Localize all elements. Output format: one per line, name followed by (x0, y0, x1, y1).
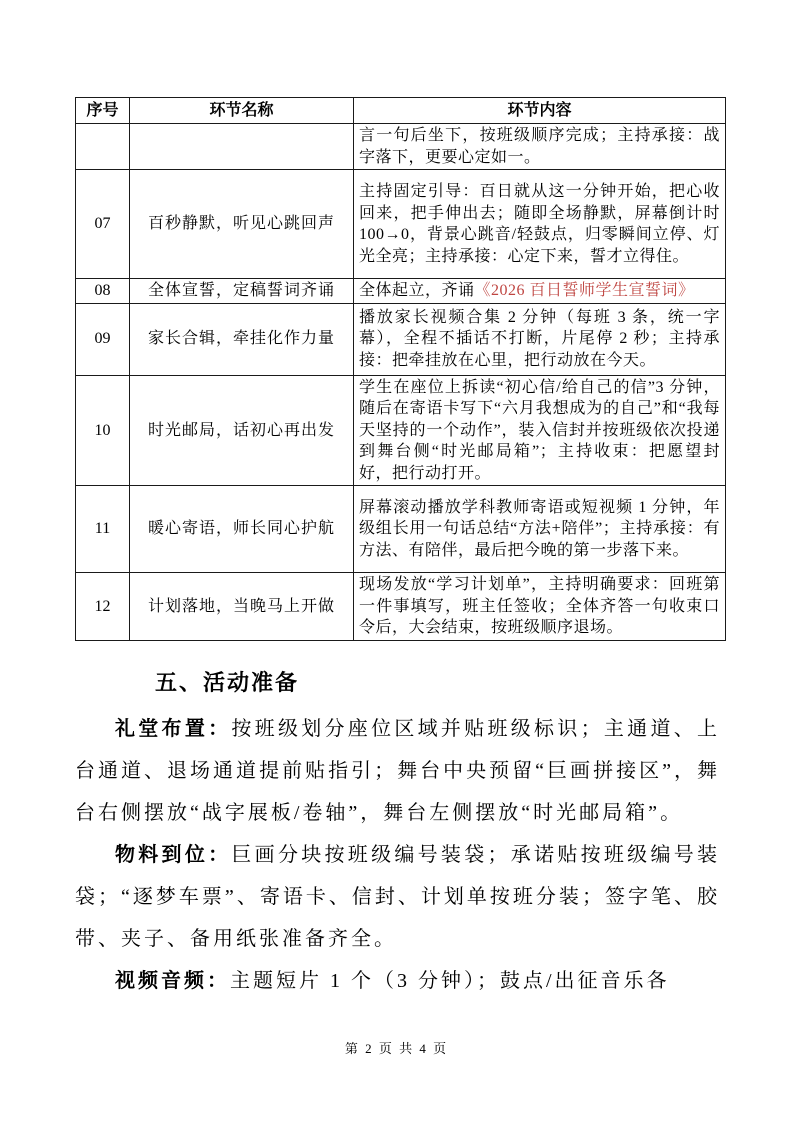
cell-number: 07 (76, 170, 130, 279)
cell-name: 百秒静默，听见心跳回声 (130, 170, 354, 279)
cell-content: 屏幕滚动播放学科教师寄语或短视频 1 分钟，年级组长用一句话总结“方法+陪伴”；… (354, 486, 726, 573)
paragraph-materials-ready: 物料到位：巨画分块按班级编号装袋；承诺贴按班级编号装袋；“逐梦车票”、寄语卡、信… (75, 834, 720, 960)
table-row-08: 08 全体宣誓，定稿誓词齐诵 全体起立，齐诵《2026 百日誓师学生宣誓词》 (76, 279, 726, 304)
cell-content: 播放家长视频合集 2 分钟（每班 3 条，统一字幕），全程不插话不打断，片尾停 … (354, 303, 726, 375)
cell-content: 言一句后坐下，按班级顺序完成；主持承接：战字落下，更要心定如一。 (354, 124, 726, 170)
paragraph-video-audio: 视频音频：主题短片 1 个（3 分钟）；鼓点/出征音乐各 (75, 960, 720, 1002)
cell-number: 11 (76, 486, 130, 573)
page-footer: 第 2 页 共 4 页 (0, 1038, 793, 1057)
cell-content: 现场发放“学习计划单”，主持明确要求：回班第一件事填写，班主任签收；全体齐答一句… (354, 573, 726, 641)
table-row-10: 10 时光邮局，话初心再出发 学生在座位上拆读“初心信/给自己的信”3 分钟，随… (76, 375, 726, 486)
paragraph-lead-label: 物料到位： (115, 844, 231, 866)
section-heading-activity-preparation: 五、活动准备 (75, 668, 725, 698)
table-row-07: 07 百秒静默，听见心跳回声 主持固定引导：百日就从这一分钟开始，把心收回来，把… (76, 170, 726, 279)
header-cell-number: 序号 (76, 98, 130, 124)
table-row-11: 11 暖心寄语，师长同心护航 屏幕滚动播放学科教师寄语或短视频 1 分钟，年级组… (76, 486, 726, 573)
cell-number: 12 (76, 573, 130, 641)
cell-name: 时光邮局，话初心再出发 (130, 375, 354, 486)
cell-name: 全体宣誓，定稿誓词齐诵 (130, 279, 354, 304)
event-schedule-table: 序号 环节名称 环节内容 言一句后坐下，按班级顺序完成；主持承接：战字落下，更要… (75, 97, 726, 641)
cell-content: 主持固定引导：百日就从这一分钟开始，把心收回来，把手伸出去；随即全场静默，屏幕倒… (354, 170, 726, 279)
header-cell-name: 环节名称 (130, 98, 354, 124)
cell-number (76, 124, 130, 170)
paragraph-hall-setup: 礼堂布置：按班级划分座位区域并贴班级标识；主通道、上台通道、退场通道提前贴指引；… (75, 708, 720, 834)
table-header-row: 序号 环节名称 环节内容 (76, 98, 726, 124)
cell-content: 全体起立，齐诵《2026 百日誓师学生宣誓词》 (354, 279, 726, 304)
document-page: 序号 环节名称 环节内容 言一句后坐下，按班级顺序完成；主持承接：战字落下，更要… (75, 97, 725, 1002)
table-row-09: 09 家长合辑，牵挂化作力量 播放家长视频合集 2 分钟（每班 3 条，统一字幕… (76, 303, 726, 375)
cell-number: 08 (76, 279, 130, 304)
paragraph-text: 主题短片 1 个（3 分钟）；鼓点/出征音乐各 (230, 970, 670, 992)
cell-name (130, 124, 354, 170)
paragraph-lead-label: 礼堂布置： (115, 718, 231, 740)
paragraph-lead-label: 视频音频： (115, 970, 230, 992)
cell-name: 暖心寄语，师长同心护航 (130, 486, 354, 573)
cell-number: 10 (76, 375, 130, 486)
cell-name: 计划落地，当晚马上开做 (130, 573, 354, 641)
cell-content-text: 全体起立，齐诵 (359, 282, 475, 299)
cell-number: 09 (76, 303, 130, 375)
oath-title-red-text: 《2026 百日誓师学生宣誓词》 (475, 282, 695, 299)
table-row-continuation: 言一句后坐下，按班级顺序完成；主持承接：战字落下，更要心定如一。 (76, 124, 726, 170)
table-row-12: 12 计划落地，当晚马上开做 现场发放“学习计划单”，主持明确要求：回班第一件事… (76, 573, 726, 641)
cell-content: 学生在座位上拆读“初心信/给自己的信”3 分钟，随后在寄语卡写下“六月我想成为的… (354, 375, 726, 486)
cell-name: 家长合辑，牵挂化作力量 (130, 303, 354, 375)
header-cell-content: 环节内容 (354, 98, 726, 124)
